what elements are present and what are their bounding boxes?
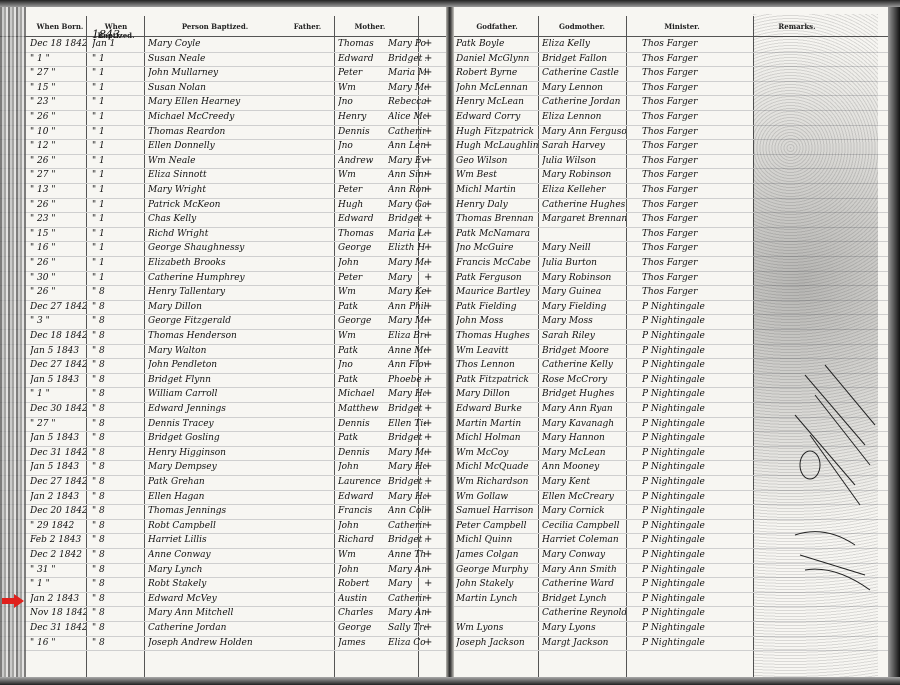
cell-person: Patk Grehan	[148, 477, 333, 487]
page-edge	[888, 0, 900, 685]
cross-mark: +	[424, 53, 432, 64]
page-edge	[0, 0, 900, 7]
cell-minister: Thos Farger	[642, 243, 752, 253]
cell-mother: Mary Moffat	[388, 316, 426, 326]
cell-godfather: Henry McLean	[456, 97, 538, 107]
cell-father: Austin	[338, 594, 388, 604]
cell-minister: Thos Farger	[642, 273, 752, 283]
cell-minister: P Nightingale	[642, 477, 752, 487]
cell-born: " 26 "	[30, 258, 86, 268]
cell-born: " 31 "	[30, 565, 86, 575]
cell-godfather: John Moss	[456, 316, 538, 326]
cell-baptized: " 8	[92, 521, 140, 531]
cell-minister: P Nightingale	[642, 565, 752, 575]
cell-person: Mary Dillon	[148, 302, 333, 312]
cell-father: Jno	[338, 97, 388, 107]
cell-godfather: Wm Gollaw	[456, 492, 538, 502]
cell-minister: P Nightingale	[642, 346, 752, 356]
cross-mark: +	[424, 228, 432, 239]
cell-godfather: Wm McCoy	[456, 448, 538, 458]
cell-godfather: Patk McNamara	[456, 229, 538, 239]
cross-mark: +	[424, 126, 432, 137]
cell-father: Charles	[338, 608, 388, 618]
cell-father: Patk	[338, 375, 388, 385]
cell-father: Patk	[338, 302, 388, 312]
cross-mark: +	[424, 622, 432, 633]
cell-father: Francis	[338, 506, 388, 516]
cell-baptized: " 1	[92, 141, 140, 151]
cell-baptized: " 8	[92, 331, 140, 341]
cell-godmother: Mary Ann Smith	[542, 565, 626, 575]
cell-person: Patrick McKeon	[148, 200, 333, 210]
cell-person: Susan Nolan	[148, 83, 333, 93]
cell-godmother: Mary Robinson	[542, 170, 626, 180]
cell-baptized: " 1	[92, 170, 140, 180]
cross-mark: +	[424, 169, 432, 180]
cell-father: Jno	[338, 141, 388, 151]
cell-person: Mary Ellen Hearney	[148, 97, 333, 107]
cell-godfather: Jno McGuire	[456, 243, 538, 253]
cell-godfather: Robert Byrne	[456, 68, 538, 78]
header-minister: Minister.	[632, 22, 732, 31]
cell-father: Richard	[338, 535, 388, 545]
cell-born: Dec 20 1842	[30, 506, 86, 516]
cell-godmother: Rose McCrory	[542, 375, 626, 385]
cell-godmother: Catherine Jordan	[542, 97, 626, 107]
cell-baptized: " 1	[92, 273, 140, 283]
cell-mother: Ann Ronald	[388, 185, 426, 195]
header-father: Father.	[280, 22, 335, 31]
cell-minister: P Nightingale	[642, 492, 752, 502]
cell-born: " 12 "	[30, 141, 86, 151]
cell-godfather: Henry Daly	[456, 200, 538, 210]
cell-mother: Alice McKnight	[388, 112, 426, 122]
cell-minister: P Nightingale	[642, 579, 752, 589]
margin-scribbles	[785, 355, 880, 595]
cell-godmother: Mary Lyons	[542, 623, 626, 633]
cell-baptized: " 8	[92, 594, 140, 604]
cell-minister: Thos Farger	[642, 68, 752, 78]
cell-godmother: Mary Moss	[542, 316, 626, 326]
cell-minister: Thos Farger	[642, 83, 752, 93]
cross-mark: +	[424, 257, 432, 268]
cross-mark: +	[424, 242, 432, 253]
cross-mark: +	[424, 359, 432, 370]
cell-born: Dec 2 1842	[30, 550, 86, 560]
cell-born: " 30 "	[30, 273, 86, 283]
cell-father: Robert	[338, 579, 388, 589]
cell-godmother: Bridget Fallon	[542, 54, 626, 64]
cell-person: Mary Ann Mitchell	[148, 608, 333, 618]
cell-born: Dec 27 1842	[30, 302, 86, 312]
header-godmother: Godmother.	[542, 22, 622, 31]
cell-mother: Eliza Cole	[388, 638, 426, 648]
cell-godmother: Mary Cornick	[542, 506, 626, 516]
cell-born: " 16 "	[30, 243, 86, 253]
cell-godfather: Wm Lyons	[456, 623, 538, 633]
cell-person: George Shaughnessy	[148, 243, 333, 253]
cell-baptized: " 1	[92, 156, 140, 166]
cell-mother: Mary Garstin	[388, 200, 426, 210]
cell-born: Dec 18 1842	[30, 39, 86, 49]
cross-mark: +	[424, 578, 432, 589]
cell-baptized: " 8	[92, 404, 140, 414]
left-header: When Born. When Baptized. Person Baptize…	[0, 16, 448, 37]
cell-mother: Bridget Shield	[388, 535, 426, 545]
cell-minister: Thos Farger	[642, 185, 752, 195]
cell-godmother: Mary Kavanagh	[542, 419, 626, 429]
cell-father: Wm	[338, 83, 388, 93]
cell-minister: P Nightingale	[642, 448, 752, 458]
cell-father: Andrew	[338, 156, 388, 166]
cell-minister: P Nightingale	[642, 302, 752, 312]
cell-born: " 27 "	[30, 68, 86, 78]
cell-godmother: Catherine Reynolds	[542, 608, 626, 618]
cross-mark: +	[424, 96, 432, 107]
cross-mark: +	[424, 476, 432, 487]
cell-godfather: Patk Ferguson	[456, 273, 538, 283]
cross-mark: +	[424, 330, 432, 341]
cell-godmother: Catherine Castle	[542, 68, 626, 78]
cell-mother: Ellen Tiernan	[388, 419, 426, 429]
cell-father: Wm	[338, 170, 388, 180]
cross-mark: +	[424, 388, 432, 399]
cell-minister: Thos Farger	[642, 97, 752, 107]
cell-minister: Thos Farger	[642, 141, 752, 151]
cell-baptized: " 8	[92, 433, 140, 443]
cell-godmother: Margt Jackson	[542, 638, 626, 648]
cell-born: Dec 31 1842	[30, 448, 86, 458]
cell-person: William Carroll	[148, 389, 333, 399]
cell-godfather: Thomas Brennan	[456, 214, 538, 224]
cell-person: Anne Conway	[148, 550, 333, 560]
cell-baptized: " 8	[92, 360, 140, 370]
cross-mark: +	[424, 447, 432, 458]
cross-mark: +	[424, 272, 432, 283]
cell-godfather: Thos Lennon	[456, 360, 538, 370]
cell-born: " 26 "	[30, 112, 86, 122]
cell-mother: Mary	[388, 273, 426, 283]
cell-baptized: " 8	[92, 550, 140, 560]
cell-born: Jan 2 1843	[30, 492, 86, 502]
cross-mark: +	[424, 38, 432, 49]
cell-minister: P Nightingale	[642, 638, 752, 648]
cell-mother: Ann Flower	[388, 360, 426, 370]
cell-born: " 23 "	[30, 97, 86, 107]
cell-born: " 15 "	[30, 229, 86, 239]
cell-person: Catherine Jordan	[148, 623, 333, 633]
cell-person: Ellen Donnelly	[148, 141, 333, 151]
cross-mark: +	[424, 491, 432, 502]
cell-godmother: Catherine Hughes	[542, 200, 626, 210]
cell-person: Thomas Reardon	[148, 127, 333, 137]
cell-baptized: " 1	[92, 185, 140, 195]
cell-mother: Bridget Gallagher	[388, 433, 426, 443]
cell-baptized: " 8	[92, 302, 140, 312]
cell-godfather: Mary Dillon	[456, 389, 538, 399]
cell-minister: P Nightingale	[642, 331, 752, 341]
cell-minister: P Nightingale	[642, 360, 752, 370]
cell-mother: Eliza Brown	[388, 331, 426, 341]
cross-mark: +	[424, 461, 432, 472]
cell-godfather: Maurice Bartley	[456, 287, 538, 297]
cell-born: " 23 "	[30, 214, 86, 224]
cell-mother: Ann Colbourn	[388, 506, 426, 516]
cell-minister: Thos Farger	[642, 229, 752, 239]
cell-born: " 26 "	[30, 156, 86, 166]
cell-mother: Mary McMillan	[388, 83, 426, 93]
cell-mother: Rebecca Boyle	[388, 97, 426, 107]
cell-father: Edward	[338, 214, 388, 224]
cell-person: Chas Kelly	[148, 214, 333, 224]
cell-godmother: Mary McLean	[542, 448, 626, 458]
cell-born: Jan 5 1843	[30, 433, 86, 443]
cell-born: " 26 "	[30, 200, 86, 210]
cell-person: Richd Wright	[148, 229, 333, 239]
cell-mother: Ann Lennon	[388, 141, 426, 151]
cross-mark: +	[424, 549, 432, 560]
cell-father: Peter	[338, 273, 388, 283]
cell-godmother: Ann Mooney	[542, 462, 626, 472]
cell-mother: Mary Ann	[388, 608, 426, 618]
cell-minister: P Nightingale	[642, 419, 752, 429]
cross-mark: +	[424, 593, 432, 604]
cell-born: Dec 31 1842	[30, 623, 86, 633]
cell-godmother: Mary Neill	[542, 243, 626, 253]
cell-mother: Anne Thomson	[388, 550, 426, 560]
cell-father: Hugh	[338, 200, 388, 210]
cell-baptized: " 8	[92, 535, 140, 545]
cell-godmother: Eliza Lennon	[542, 112, 626, 122]
cell-godfather: Wm Best	[456, 170, 538, 180]
cell-mother: Catherine Murphy	[388, 521, 426, 531]
cell-person: Henry Higginson	[148, 448, 333, 458]
cell-father: Wm	[338, 331, 388, 341]
cell-person: Mary Dempsey	[148, 462, 333, 472]
cell-godmother: Julia Burton	[542, 258, 626, 268]
left-page: When Born. When Baptized. Person Baptize…	[0, 6, 448, 678]
cell-person: Thomas Henderson	[148, 331, 333, 341]
cell-born: " 15 "	[30, 83, 86, 93]
cell-godmother: Julia Wilson	[542, 156, 626, 166]
cell-minister: P Nightingale	[642, 535, 752, 545]
cell-person: Edward McVey	[148, 594, 333, 604]
cell-father: Edward	[338, 492, 388, 502]
cell-born: " 1 "	[30, 54, 86, 64]
cross-mark: +	[424, 637, 432, 648]
cross-mark: +	[424, 520, 432, 531]
cell-minister: P Nightingale	[642, 375, 752, 385]
cell-baptized: " 1	[92, 258, 140, 268]
cell-baptized: " 8	[92, 287, 140, 297]
cell-baptized: " 8	[92, 346, 140, 356]
register-row: " 16 "" 8Joseph Andrew HoldenJamesEliza …	[0, 637, 448, 656]
cell-mother: Bridget Farrell	[388, 477, 426, 487]
cell-mother: Mary McLean	[388, 448, 426, 458]
cross-mark: +	[424, 374, 432, 385]
cell-mother: Ann Sinnott	[388, 170, 426, 180]
cross-mark: +	[424, 345, 432, 356]
cell-godmother: Mary Kent	[542, 477, 626, 487]
cell-minister: P Nightingale	[642, 389, 752, 399]
cross-mark: +	[424, 301, 432, 312]
cross-mark: +	[424, 111, 432, 122]
cell-father: Michael	[338, 389, 388, 399]
cell-godmother: Mary Fielding	[542, 302, 626, 312]
cell-godfather: Hugh McLaughlin	[456, 141, 538, 151]
cell-person: Henry Tallentary	[148, 287, 333, 297]
cell-father: Peter	[338, 185, 388, 195]
cell-mother: Maria Lamb	[388, 229, 426, 239]
cell-born: Dec 27 1842	[30, 360, 86, 370]
cell-godmother: Ellen McCreary	[542, 492, 626, 502]
cell-minister: Thos Farger	[642, 54, 752, 64]
cell-godmother: Eliza Kelleher	[542, 185, 626, 195]
cell-born: " 27 "	[30, 170, 86, 180]
cross-mark: +	[424, 67, 432, 78]
cell-godfather: Michl Quinn	[456, 535, 538, 545]
cell-person: Mary Lynch	[148, 565, 333, 575]
cell-baptized: " 1	[92, 68, 140, 78]
cell-person: Bridget Flynn	[148, 375, 333, 385]
cell-baptized: " 8	[92, 389, 140, 399]
cell-person: Michael McCreedy	[148, 112, 333, 122]
cell-mother: Anne Molloy	[388, 346, 426, 356]
cell-godfather: Wm Leavitt	[456, 346, 538, 356]
cell-minister: Thos Farger	[642, 39, 752, 49]
cell-father: Thomas	[338, 229, 388, 239]
cell-person: Mary Coyle	[148, 39, 333, 49]
cell-godfather: Wm Richardson	[456, 477, 538, 487]
cell-mother: Mary Ann Lloyd	[388, 565, 426, 575]
cell-minister: P Nightingale	[642, 623, 752, 633]
cell-baptized: " 1	[92, 54, 140, 64]
cell-born: Jan 5 1843	[30, 346, 86, 356]
cell-godfather: Edward Burke	[456, 404, 538, 414]
cell-mother: Mary Malone	[388, 258, 426, 268]
cell-born: Nov 18 1842	[30, 608, 86, 618]
cross-mark: +	[424, 432, 432, 443]
cross-mark: +	[424, 213, 432, 224]
cell-father: Patk	[338, 346, 388, 356]
cell-mother: Mary Hoey	[388, 462, 426, 472]
cell-person: Robt Stakely	[148, 579, 333, 589]
cell-mother: Maria Mahle	[388, 68, 426, 78]
cell-baptized: " 8	[92, 506, 140, 516]
cell-father: Henry	[338, 112, 388, 122]
cell-baptized: " 1	[92, 83, 140, 93]
cell-godmother: Bridget Lynch	[542, 594, 626, 604]
cell-person: Catherine Humphrey	[148, 273, 333, 283]
cross-mark: +	[424, 418, 432, 429]
cell-minister: P Nightingale	[642, 550, 752, 560]
cell-baptized: " 8	[92, 565, 140, 575]
cell-mother: Elizth Horton	[388, 243, 426, 253]
cross-mark: +	[424, 184, 432, 195]
cell-minister: Thos Farger	[642, 156, 752, 166]
cell-father: Dennis	[338, 127, 388, 137]
cell-born: Dec 18 1842	[30, 331, 86, 341]
cell-godfather: Patk Boyle	[456, 39, 538, 49]
cell-minister: Thos Farger	[642, 200, 752, 210]
cell-father: Jno	[338, 360, 388, 370]
cross-mark: +	[424, 286, 432, 297]
header-when-born: When Born.	[30, 22, 90, 31]
cell-baptized: " 1	[92, 97, 140, 107]
cell-godmother: Sarah Harvey	[542, 141, 626, 151]
cell-godfather: John McLennan	[456, 83, 538, 93]
cell-baptized: " 8	[92, 462, 140, 472]
cross-mark: +	[424, 534, 432, 545]
register-scan: When Born. When Baptized. Person Baptize…	[0, 0, 900, 685]
cell-mother: Mary Hannon	[388, 492, 426, 502]
cell-godfather: Michl Martin	[456, 185, 538, 195]
cell-father: Dennis	[338, 448, 388, 458]
cell-godfather: James Colgan	[456, 550, 538, 560]
cell-born: Dec 30 1842	[30, 404, 86, 414]
cell-godmother: Bridget Hughes	[542, 389, 626, 399]
cell-born: " 13 "	[30, 185, 86, 195]
cell-godfather: Joseph Jackson	[456, 638, 538, 648]
cell-born: " 1 "	[30, 389, 86, 399]
cell-baptized: " 1	[92, 243, 140, 253]
cell-godmother: Harriet Coleman	[542, 535, 626, 545]
cell-father: John	[338, 565, 388, 575]
cross-mark: +	[424, 140, 432, 151]
cell-person: Elizabeth Brooks	[148, 258, 333, 268]
cell-godmother: Margaret Brennan	[542, 214, 626, 224]
cell-baptized: " 1	[92, 127, 140, 137]
cell-born: " 10 "	[30, 127, 86, 137]
header-person-baptized: Person Baptized.	[150, 22, 280, 31]
cross-mark: +	[424, 199, 432, 210]
cell-father: Patk	[338, 433, 388, 443]
cell-mother: Catherine Fitzsimmons	[388, 127, 426, 137]
cell-minister: P Nightingale	[642, 506, 752, 516]
header-mother: Mother.	[340, 22, 400, 31]
cell-person: Robt Campbell	[148, 521, 333, 531]
cross-mark: +	[424, 505, 432, 516]
cell-godfather: Michl Holman	[456, 433, 538, 443]
book-gutter	[446, 0, 454, 685]
cell-mother: Catherine Cunningham	[388, 594, 426, 604]
cell-minister: Thos Farger	[642, 112, 752, 122]
cell-person: John Mullarney	[148, 68, 333, 78]
cell-person: Eliza Sinnott	[148, 170, 333, 180]
cell-father: George	[338, 243, 388, 253]
cell-godmother: Mary Hannon	[542, 433, 626, 443]
cell-born: " 3 "	[30, 316, 86, 326]
cross-mark: +	[424, 155, 432, 166]
cell-godmother: Mary Ann Ryan	[542, 404, 626, 414]
cell-mother: Mary Pottle	[388, 39, 426, 49]
cell-father: John	[338, 521, 388, 531]
cell-mother: Bridget Bradley	[388, 54, 426, 64]
cell-godfather: George Murphy	[456, 565, 538, 575]
cell-baptized: " 1	[92, 214, 140, 224]
cell-godfather: Samuel Harrison	[456, 506, 538, 516]
cell-godmother: Mary Robinson	[542, 273, 626, 283]
cell-mother: Bridget Warren	[388, 404, 426, 414]
ruled-line	[0, 650, 448, 651]
cell-father: Wm	[338, 550, 388, 560]
cell-father: Matthew	[338, 404, 388, 414]
cell-minister: Thos Farger	[642, 287, 752, 297]
cell-godmother: Bridget Moore	[542, 346, 626, 356]
cell-baptized: " 8	[92, 375, 140, 385]
cell-minister: P Nightingale	[642, 462, 752, 472]
cross-mark: +	[424, 564, 432, 575]
